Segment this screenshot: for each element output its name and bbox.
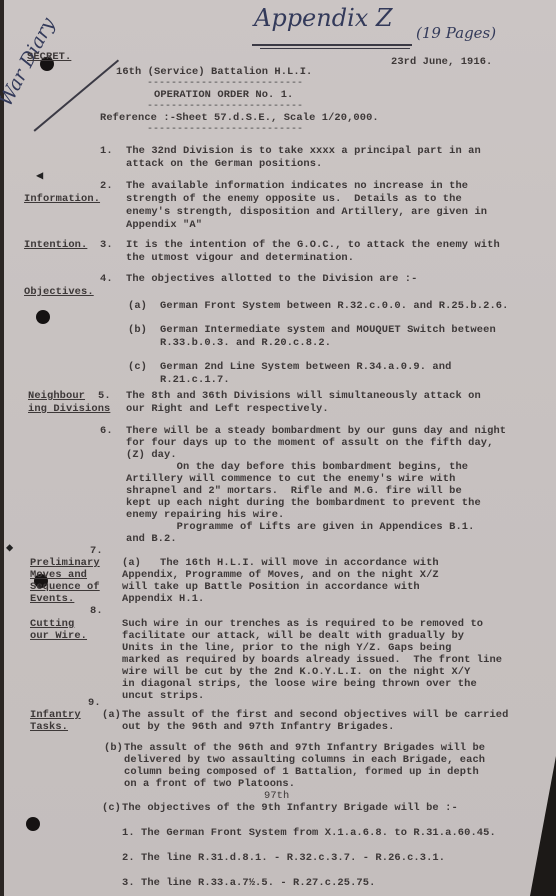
- para-line: The 32nd Division is to take xxxx a prin…: [126, 145, 481, 158]
- para-line: column being composed of 1 Battalion, fo…: [124, 766, 479, 779]
- para-line: attack on the German positions.: [126, 158, 322, 171]
- para-number: 3.: [100, 239, 113, 252]
- para-line: kept up each night during the bombardmen…: [126, 497, 481, 510]
- para-line: and B.2.: [126, 533, 177, 546]
- side-heading-preliminary: Sequence of: [30, 581, 100, 594]
- para-number: 4.: [100, 273, 113, 286]
- para-number: 6.: [100, 425, 113, 438]
- para-line: German Intermediate system and MOUQUET S…: [160, 324, 496, 337]
- para-line: in diagonal strips, the loose wire being…: [122, 678, 477, 691]
- side-heading-objectives: Objectives.: [24, 286, 94, 299]
- unit-name: 16th (Service) Battalion H.L.I.: [116, 66, 312, 79]
- side-heading-information: Information.: [24, 193, 100, 206]
- sub-label: (b): [104, 742, 123, 755]
- side-heading-infantry-tasks: Infantry: [30, 709, 81, 722]
- order-title: OPERATION ORDER No. 1.: [154, 89, 293, 102]
- para-number: 8.: [90, 605, 103, 618]
- para-line: out by the 96th and 97th Infantry Brigad…: [122, 721, 394, 734]
- insert-97th: 97th: [264, 790, 289, 803]
- map-reference: Reference :-Sheet 57.d.S.E., Scale 1/20,…: [100, 112, 379, 125]
- tack-mark: ◀: [36, 168, 43, 183]
- para-line: marked as required by boards already iss…: [122, 654, 502, 667]
- objective-item: 1. The German Front System from X.1.a.6.…: [122, 827, 496, 840]
- side-heading-infantry-tasks: Tasks.: [30, 721, 68, 734]
- para-line: German 2nd Line System between R.34.a.0.…: [160, 361, 451, 374]
- sub-label: (c): [102, 802, 121, 815]
- para-line: The assult of the 96th and 97th Infantry…: [124, 742, 485, 755]
- side-heading-preliminary: Moves and: [30, 569, 87, 582]
- para-line: Programme of Lifts are given in Appendic…: [126, 521, 474, 534]
- para-number: 5.: [98, 390, 111, 403]
- side-heading-preliminary: Preliminary: [30, 557, 100, 570]
- appendix-underline-2: [260, 48, 410, 49]
- rule: --------------------------: [147, 78, 303, 89]
- para-line: The objectives of the 9th Infantry Briga…: [122, 802, 458, 815]
- para-line: our Right and Left respectively.: [126, 403, 329, 416]
- para-line: R.33.b.0.3. and R.20.c.8.2.: [160, 337, 331, 350]
- side-heading-cutting-wire: Cutting: [30, 618, 74, 631]
- para-line: on a front of two Platoons.: [124, 778, 295, 791]
- para-line: Such wire in our trenches as is required…: [122, 618, 483, 631]
- para-number: 7.: [90, 545, 103, 558]
- para-line: shrapnel and 2" mortars. Rifle and M.G. …: [126, 485, 462, 498]
- document-page: Appendix Z (19 Pages) War Diary ◀ ◆ SECR…: [4, 0, 556, 896]
- para-line: The objectives allotted to the Division …: [126, 273, 417, 286]
- classification: SECRET.: [27, 51, 71, 64]
- para-line: On the day before this bombardment begin…: [126, 461, 468, 474]
- para-line: will take up Battle Position in accordan…: [122, 581, 420, 594]
- appendix-annotation: Appendix Z: [254, 4, 393, 32]
- rule: --------------------------: [147, 101, 303, 112]
- para-line: German Front System between R.32.c.0.0. …: [160, 300, 508, 313]
- para-line: Appendix H.1.: [122, 593, 204, 606]
- para-number: 2.: [100, 180, 113, 193]
- para-line: (a) The 16th H.L.I. will move in accorda…: [122, 557, 439, 570]
- para-line: uncut strips.: [122, 690, 204, 703]
- para-number: 1.: [100, 145, 113, 158]
- rule: --------------------------: [147, 124, 303, 135]
- para-line: the utmost vigour and determination.: [126, 252, 354, 265]
- punch-hole: [26, 817, 40, 831]
- para-line: R.21.c.1.7.: [160, 374, 230, 387]
- order-date: 23rd June, 1916.: [391, 56, 492, 69]
- side-heading-cutting-wire: our Wire.: [30, 630, 87, 643]
- para-line: facilitate our attack, will be dealt wit…: [122, 630, 464, 643]
- sub-label: (b): [128, 324, 147, 337]
- punch-hole: [36, 310, 50, 324]
- side-heading-preliminary: Events.: [30, 593, 74, 606]
- objective-item: 3. The line R.33.a.7½.5. - R.27.c.25.75.: [122, 877, 375, 890]
- para-line: Appendix, Programme of Moves, and on the…: [122, 569, 439, 582]
- side-heading-neighbouring: ing Divisions: [28, 403, 110, 416]
- side-heading-neighbouring: Neighbour: [28, 390, 85, 403]
- sub-label: (c): [128, 361, 147, 374]
- pages-annotation: (19 Pages): [416, 24, 496, 42]
- side-heading-intention: Intention.: [24, 239, 87, 252]
- para-line: delivered by two assaulting columns in e…: [124, 754, 485, 767]
- para-line: wire will be cut by the 2nd K.O.Y.L.I. o…: [122, 666, 470, 679]
- para-line: for four days up to the moment of assult…: [126, 437, 493, 450]
- para-line: There will be a steady bombardment by ou…: [126, 425, 506, 438]
- sub-label: (a): [128, 300, 147, 313]
- para-line: Artillery will commence to cut the enemy…: [126, 473, 455, 486]
- para-line: It is the intention of the G.O.C., to at…: [126, 239, 500, 252]
- para-line: The 8th and 36th Divisions will simultan…: [126, 390, 481, 403]
- sub-label: (a): [102, 709, 121, 722]
- appendix-underline: [252, 44, 412, 46]
- para-number: 9.: [88, 697, 101, 710]
- objective-item: 2. The line R.31.d.8.1. - R.32.c.3.7. - …: [122, 852, 445, 865]
- para-line: enemy's strength, disposition and Artill…: [126, 206, 487, 219]
- page-shadow-corner: [530, 756, 556, 896]
- tack-mark: ◆: [6, 540, 13, 555]
- para-line: strength of the enemy opposite us. Detai…: [126, 193, 462, 206]
- para-line: The available information indicates no i…: [126, 180, 468, 193]
- para-line: Appendix "A": [126, 219, 202, 232]
- para-line: The assult of the first and second objec…: [122, 709, 508, 722]
- para-line: Units in the line, prior to the nigh Y/Z…: [122, 642, 451, 655]
- para-line: (Z) day.: [126, 449, 177, 462]
- para-line: enemy repairing his wire.: [126, 509, 284, 522]
